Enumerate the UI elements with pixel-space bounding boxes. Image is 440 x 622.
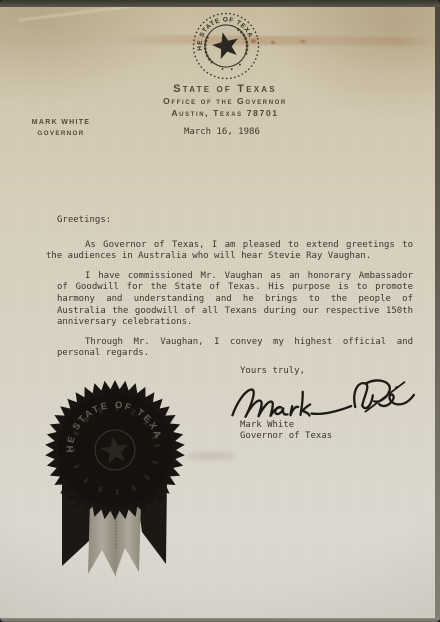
state-seal-icon: THE STATE OF TEXAS — [186, 6, 266, 86]
stain-speck — [271, 41, 275, 44]
foil-seal-icon: THE STATE OF TEXAS — [40, 378, 195, 588]
body-paragraph: I have commissioned Mr. Vaughan as an ho… — [57, 271, 413, 329]
body-line: Australia the goodwill of all Texans dur… — [57, 306, 413, 318]
letter-photo: THE STATE OF TEXAS State of Texas Office… — [0, 0, 440, 622]
typed-signature-title: Governor of Texas — [240, 431, 431, 443]
body-line: harmony and understanding and he brings … — [57, 294, 413, 306]
letterhead-office: Office of the Governor — [100, 96, 350, 106]
body-line: Through Mr. Vaughan, I convey my highest… — [57, 337, 413, 349]
body-paragraph: As Governor of Texas, I am pleased to ex… — [57, 240, 413, 263]
governor-title: GOVERNOR — [26, 130, 96, 137]
governor-name-block: MARK WHITE GOVERNOR — [26, 119, 96, 137]
photo-edge-left — [0, 0, 5, 622]
photo-edge-bottom — [0, 618, 440, 622]
seal-star-icon — [210, 29, 242, 60]
body-paragraphs: As Governor of Texas, I am pleased to ex… — [57, 240, 413, 360]
letter-body: Greetings: As Governor of Texas, I am pl… — [57, 215, 413, 368]
signature-icon — [228, 376, 421, 423]
letterhead-address: Austin, Texas 78701 — [100, 108, 350, 118]
body-line: anniversary celebrations. — [57, 317, 413, 329]
body-line: personal regards. — [57, 348, 413, 360]
body-line: of Goodwill for the State of Texas. His … — [57, 282, 413, 294]
governor-name: MARK WHITE — [26, 119, 96, 126]
body-line: the audiences in Australia who will hear… — [46, 251, 413, 263]
stain-speck — [300, 40, 306, 43]
letterhead-state: State of Texas — [100, 83, 350, 95]
photo-edge-right — [435, 0, 440, 622]
valediction: Yours truly, — [240, 366, 431, 378]
body-paragraph: Through Mr. Vaughan, I convey my highest… — [57, 337, 413, 360]
closing-block: Yours truly, Mark White Governor of Texa… — [231, 366, 431, 443]
date-line: March 16, 1986 — [184, 127, 260, 139]
body-line: As Governor of Texas, I am pleased to ex… — [57, 240, 413, 252]
body-line: I have commissioned Mr. Vaughan as an ho… — [57, 271, 413, 283]
photo-edge-top — [0, 0, 440, 7]
salutation: Greetings: — [57, 215, 413, 227]
ribbon-gray-right — [116, 502, 141, 573]
